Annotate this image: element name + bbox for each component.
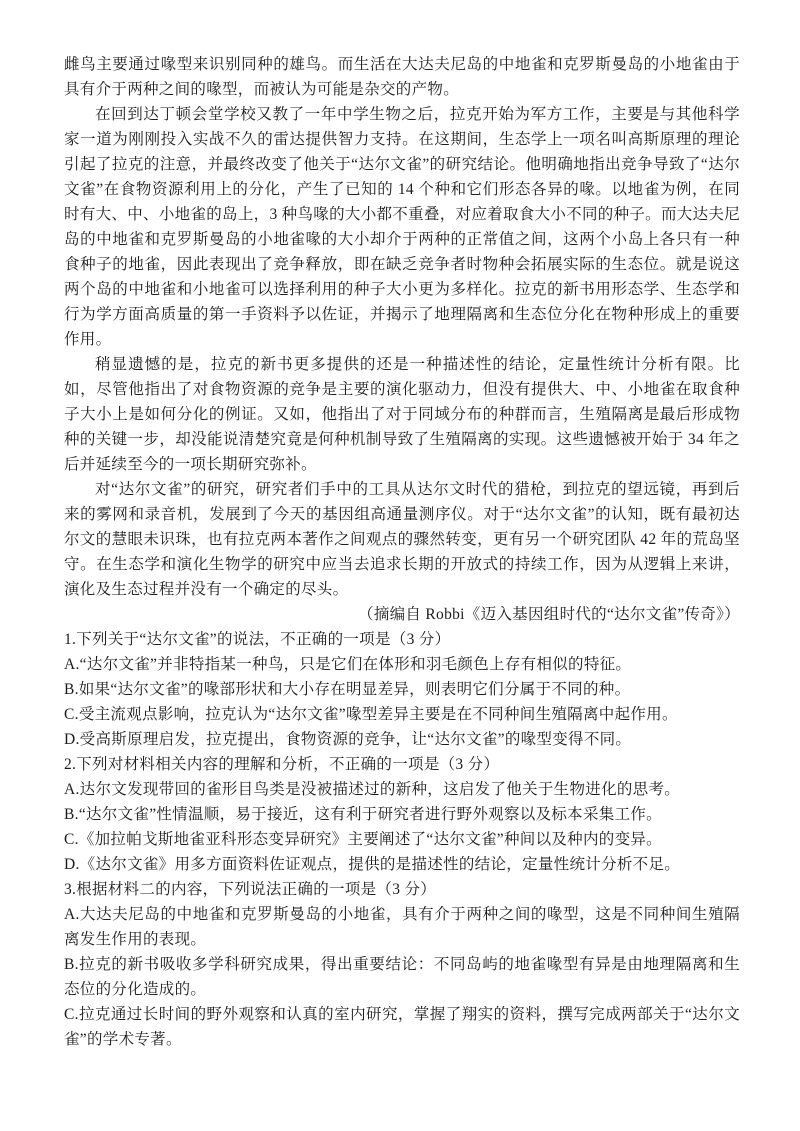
question-3: 3.根据材料二的内容，下列说法正确的一项是（3 分） A.大达夫尼岛的中地雀和克… (64, 877, 740, 1052)
question-2: 2.下列对材料相关内容的理解和分析，不正确的一项是（3 分） A.达尔文发现带回… (64, 752, 740, 877)
body-paragraph: 对“达尔文雀”的研究，研究者们手中的工具从达尔文时代的猎枪，到拉克的望远镜，再到… (64, 477, 740, 602)
body-paragraph: 雌鸟主要通过喙型来识别同种的雄鸟。而生活在大达夫尼岛的中地雀和克罗斯曼岛的小地雀… (64, 52, 740, 102)
question-option: C.受主流观点影响，拉克认为“达尔文雀”喙型差异主要是在不同种间生殖隔离中起作用… (64, 702, 740, 727)
question-option: D.受高斯原理启发，拉克提出，食物资源的竞争，让“达尔文雀”的喙型变得不同。 (64, 727, 740, 752)
question-option: D.《达尔文雀》用多方面资料佐证观点，提供的是描述性的结论，定量性统计分析不足。 (64, 852, 740, 877)
question-option: A.大达夫尼岛的中地雀和克罗斯曼岛的小地雀，具有介于两种之间的喙型，这是不同种间… (64, 902, 740, 952)
question-stem: 2.下列对材料相关内容的理解和分析，不正确的一项是（3 分） (64, 752, 740, 777)
question-option: A.“达尔文雀”并非特指某一种鸟，只是它们在体形和羽毛颜色上存有相似的特征。 (64, 652, 740, 677)
question-option: B.“达尔文雀”性情温顺，易于接近，这有利于研究者进行野外观察以及标本采集工作。 (64, 802, 740, 827)
question-1: 1.下列关于“达尔文雀”的说法，不正确的一项是（3 分） A.“达尔文雀”并非特… (64, 627, 740, 752)
exam-page: 雌鸟主要通过喙型来识别同种的雄鸟。而生活在大达夫尼岛的中地雀和克罗斯曼岛的小地雀… (0, 0, 800, 1131)
question-option: B.拉克的新书吸收多学科研究成果，得出重要结论：不同岛屿的地雀喙型有异是由地理隔… (64, 952, 740, 1002)
question-stem: 3.根据材料二的内容，下列说法正确的一项是（3 分） (64, 877, 740, 902)
question-option: C.《加拉帕戈斯地雀亚科形态变异研究》主要阐述了“达尔文雀”种间以及种内的变异。 (64, 827, 740, 852)
question-option: B.如果“达尔文雀”的喙部形状和大小存在明显差异，则表明它们分属于不同的种。 (64, 677, 740, 702)
body-paragraph: 稍显遗憾的是，拉克的新书更多提供的还是一种描述性的结论，定量性统计分析有限。比如… (64, 352, 740, 477)
body-paragraph: 在回到达丁顿会堂学校又教了一年中学生物之后，拉克开始为军方工作，主要是与其他科学… (64, 102, 740, 352)
source-attribution: （摘编自 Robbi《迈入基因组时代的“达尔文雀”传奇》） (64, 602, 740, 627)
reading-passage: 雌鸟主要通过喙型来识别同种的雄鸟。而生活在大达夫尼岛的中地雀和克罗斯曼岛的小地雀… (64, 52, 740, 1052)
question-option: C.拉克通过长时间的野外观察和认真的室内研究，掌握了翔实的资料，撰写完成两部关于… (64, 1002, 740, 1052)
question-option: A.达尔文发现带回的雀形目鸟类是没被描述过的新种，这启发了他关于生物进化的思考。 (64, 777, 740, 802)
question-stem: 1.下列关于“达尔文雀”的说法，不正确的一项是（3 分） (64, 627, 740, 652)
